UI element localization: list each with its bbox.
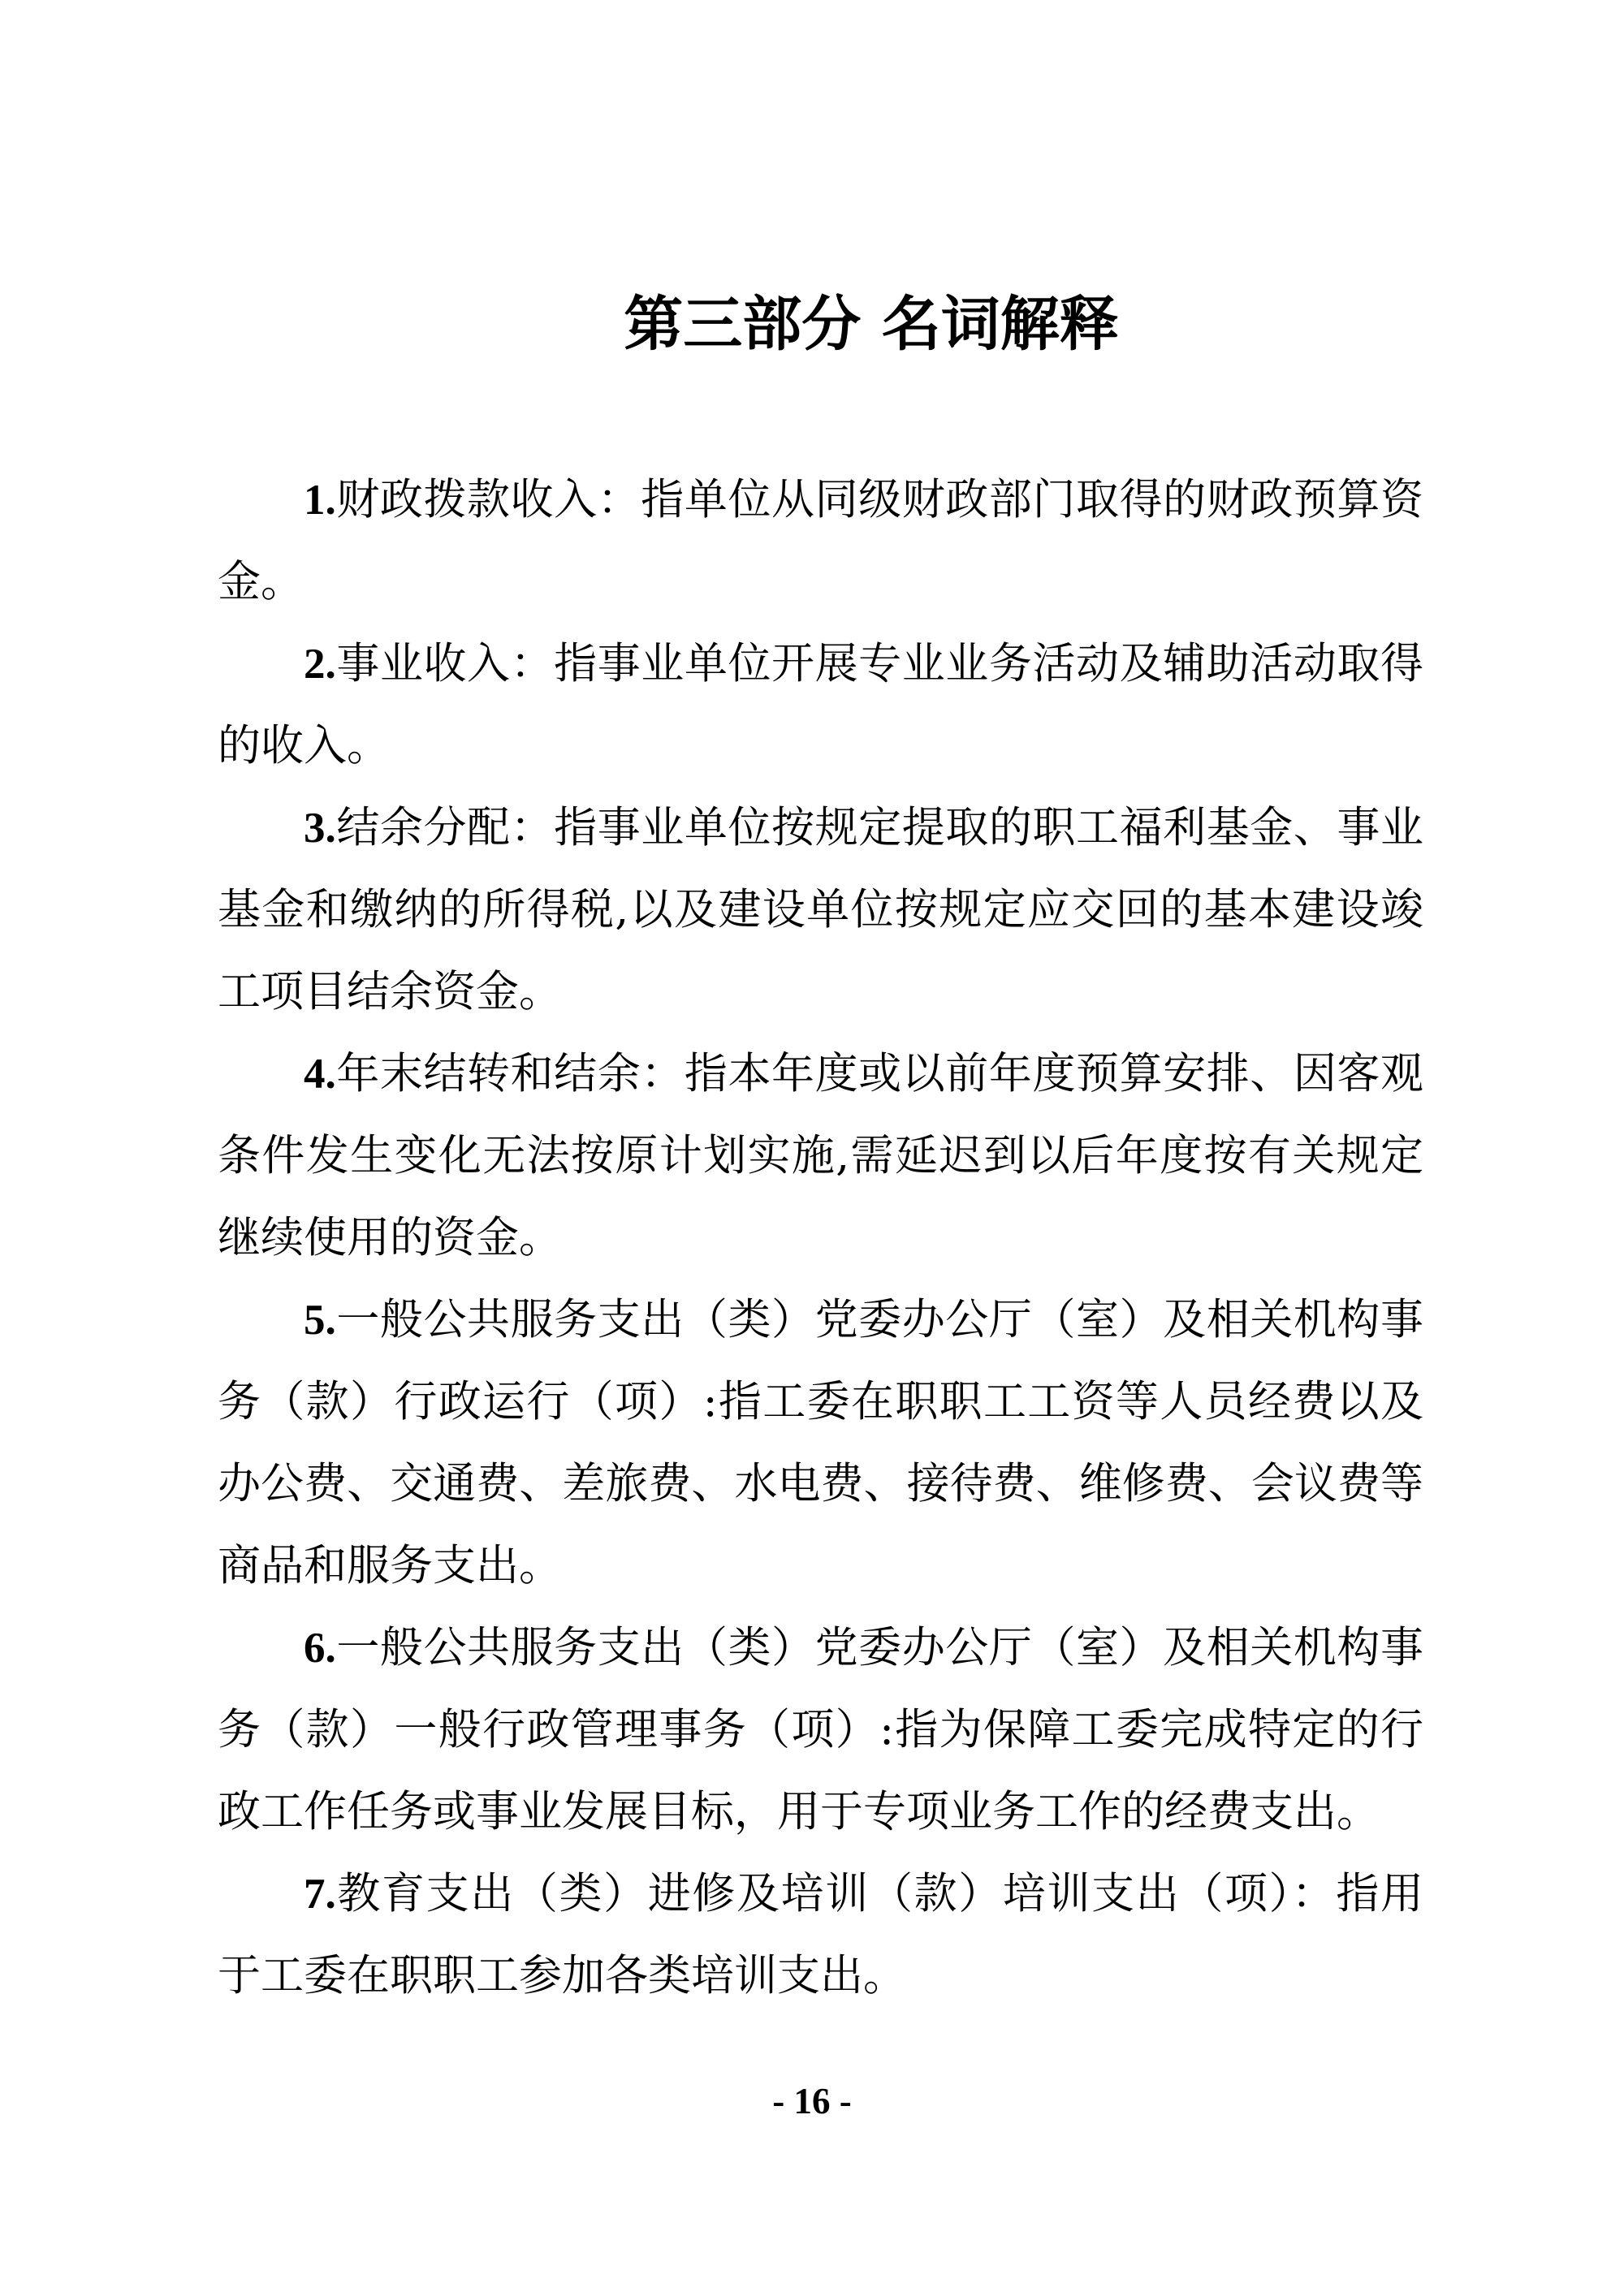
line-text: 事业收入：指事业单位开展专业业务活动及辅助活动取得 bbox=[336, 639, 1423, 688]
line-text: 财政拨款收入：指单位从同级财政部门取得的财政预算资 bbox=[336, 475, 1423, 524]
paragraph-line: 5.一般公共服务支出（类）党委办公厅（室）及相关机构事 bbox=[218, 1279, 1423, 1361]
paragraph-line: 2.事业收入：指事业单位开展专业业务活动及辅助活动取得 bbox=[218, 623, 1423, 705]
paragraph-line: 基金和缴纳的所得税,以及建设单位按规定应交回的基本建设竣 bbox=[218, 869, 1423, 951]
item-number: 4. bbox=[304, 1051, 336, 1098]
paragraph-line: 继续使用的资金。 bbox=[218, 1197, 1423, 1279]
body-text: 1.财政拨款收入：指单位从同级财政部门取得的财政预算资 金。 2.事业收入：指事… bbox=[218, 459, 1423, 2017]
paragraph-2: 2.事业收入：指事业单位开展专业业务活动及辅助活动取得 的收入。 bbox=[218, 623, 1423, 787]
paragraph-line: 于工委在职职工参加各类培训支出。 bbox=[218, 1935, 1423, 2017]
paragraph-line: 条件发生变化无法按原计划实施,需延迟到以后年度按有关规定 bbox=[218, 1115, 1423, 1197]
paragraph-line: 商品和服务支出。 bbox=[218, 1525, 1423, 1607]
paragraph-3: 3.结余分配：指事业单位按规定提取的职工福利基金、事业 基金和缴纳的所得税,以及… bbox=[218, 787, 1423, 1033]
item-number: 2. bbox=[304, 641, 336, 688]
paragraph-line: 务（款）一般行政管理事务（项）:指为保障工委完成特定的行 bbox=[218, 1689, 1423, 1771]
item-number: 1. bbox=[304, 477, 336, 524]
line-text: 教育支出（类）进修及培训（款）培训支出（项）：指用 bbox=[336, 1869, 1423, 1918]
paragraph-line: 务（款）行政运行（项）:指工委在职职工工资等人员经费以及 bbox=[218, 1361, 1423, 1443]
page-title: 第三部分 名词解释 bbox=[0, 295, 1624, 354]
item-number: 5. bbox=[304, 1297, 336, 1344]
item-number: 6. bbox=[304, 1625, 336, 1672]
document-page: 第三部分 名词解释 1.财政拨款收入：指单位从同级财政部门取得的财政预算资 金。… bbox=[0, 0, 1624, 2296]
paragraph-line: 的收入。 bbox=[218, 705, 1423, 787]
paragraph-line: 工项目结余资金。 bbox=[218, 951, 1423, 1033]
paragraph-4: 4.年末结转和结余：指本年度或以前年度预算安排、因客观 条件发生变化无法按原计划… bbox=[218, 1033, 1423, 1279]
paragraph-line: 3.结余分配：指事业单位按规定提取的职工福利基金、事业 bbox=[218, 787, 1423, 869]
line-text: 结余分配：指事业单位按规定提取的职工福利基金、事业 bbox=[336, 803, 1423, 852]
paragraph-5: 5.一般公共服务支出（类）党委办公厅（室）及相关机构事 务（款）行政运行（项）:… bbox=[218, 1279, 1423, 1607]
paragraph-line: 4.年末结转和结余：指本年度或以前年度预算安排、因客观 bbox=[218, 1033, 1423, 1115]
paragraph-line: 6.一般公共服务支出（类）党委办公厅（室）及相关机构事 bbox=[218, 1607, 1423, 1689]
paragraph-line: 办公费、交通费、差旅费、水电费、接待费、维修费、会议费等 bbox=[218, 1443, 1423, 1525]
page-number: - 16 - bbox=[0, 2083, 1624, 2120]
paragraph-line: 政工作任务或事业发展目标，用于专项业务工作的经费支出。 bbox=[218, 1771, 1423, 1853]
paragraph-line: 金。 bbox=[218, 541, 1423, 623]
paragraph-7: 7.教育支出（类）进修及培训（款）培训支出（项）：指用 于工委在职职工参加各类培… bbox=[218, 1853, 1423, 2017]
item-number: 7. bbox=[304, 1871, 336, 1918]
item-number: 3. bbox=[304, 805, 336, 852]
line-text: 年末结转和结余：指本年度或以前年度预算安排、因客观 bbox=[336, 1049, 1423, 1098]
line-text: 一般公共服务支出（类）党委办公厅（室）及相关机构事 bbox=[336, 1295, 1423, 1344]
paragraph-6: 6.一般公共服务支出（类）党委办公厅（室）及相关机构事 务（款）一般行政管理事务… bbox=[218, 1607, 1423, 1853]
line-text: 一般公共服务支出（类）党委办公厅（室）及相关机构事 bbox=[336, 1623, 1423, 1672]
paragraph-1: 1.财政拨款收入：指单位从同级财政部门取得的财政预算资 金。 bbox=[218, 459, 1423, 623]
paragraph-line: 1.财政拨款收入：指单位从同级财政部门取得的财政预算资 bbox=[218, 459, 1423, 541]
paragraph-line: 7.教育支出（类）进修及培训（款）培训支出（项）：指用 bbox=[218, 1853, 1423, 1935]
